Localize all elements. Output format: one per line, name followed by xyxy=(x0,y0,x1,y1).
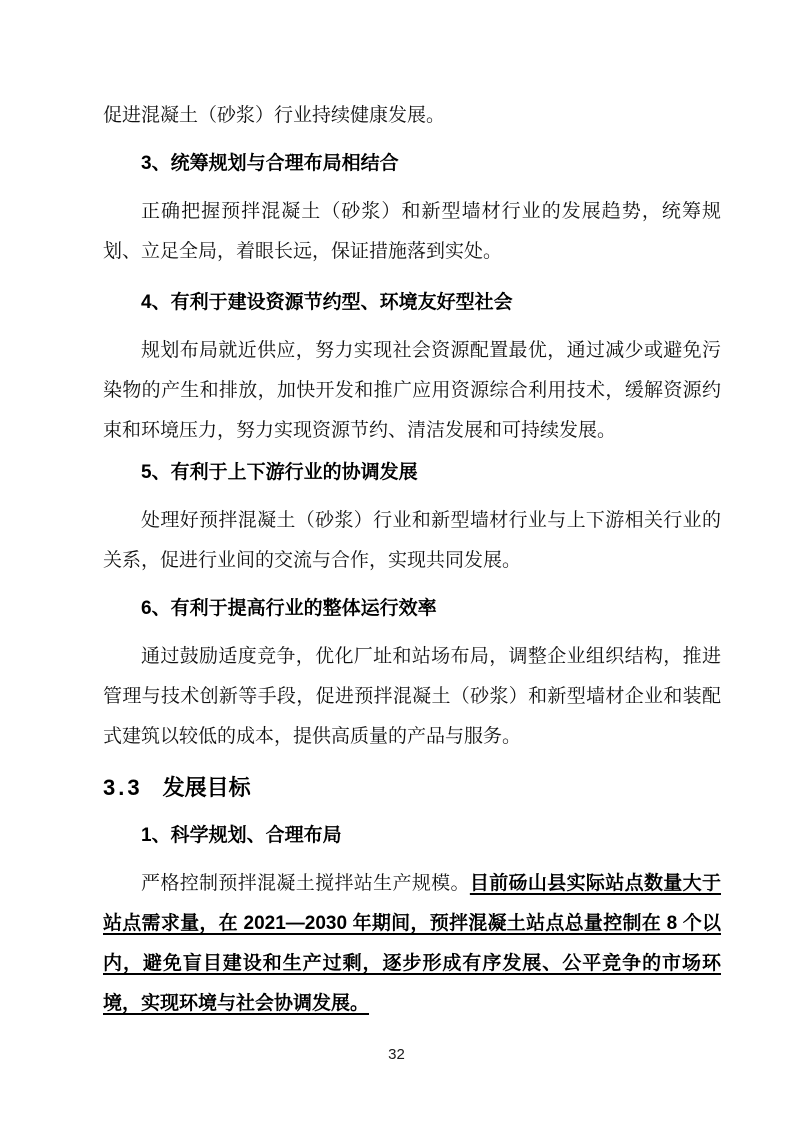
numbered-heading-1: 1、科学规划、合理布局 xyxy=(103,816,721,856)
numbered-heading-3: 3、统筹规划与合理布局相结合 xyxy=(103,144,721,184)
body-paragraph: 处理好预拌混凝土（砂浆）行业和新型墙材行业与上下游相关行业的关系，促进行业间的交… xyxy=(103,501,721,581)
page-number: 32 xyxy=(0,1046,793,1063)
emphasis-underlined-text: 目前砀山县实际站点数量大于站点需求量，在 2021—2030 年期间，预拌混凝土… xyxy=(103,873,721,1014)
paragraph-lead-text: 严格控制预拌混凝土搅拌站生产规模。 xyxy=(141,873,470,894)
section-number: 3.3 xyxy=(103,775,143,800)
section-heading-3-3: 3.3发展目标 xyxy=(103,765,721,811)
section-title: 发展目标 xyxy=(163,775,251,800)
numbered-heading-4: 4、有利于建设资源节约型、环境友好型社会 xyxy=(103,283,721,323)
document-page: 促进混凝土（砂浆）行业持续健康发展。 3、统筹规划与合理布局相结合 正确把握预拌… xyxy=(0,0,793,1122)
body-paragraph-with-emphasis: 严格控制预拌混凝土搅拌站生产规模。目前砀山县实际站点数量大于站点需求量，在 20… xyxy=(103,864,721,1024)
numbered-heading-6: 6、有利于提高行业的整体运行效率 xyxy=(103,589,721,629)
body-paragraph-continuation: 促进混凝土（砂浆）行业持续健康发展。 xyxy=(103,96,721,136)
body-paragraph: 正确把握预拌混凝土（砂浆）和新型墙材行业的发展趋势，统筹规划、立足全局，着眼长远… xyxy=(103,192,721,272)
body-paragraph: 规划布局就近供应，努力实现社会资源配置最优，通过减少或避免污染物的产生和排放，加… xyxy=(103,331,721,451)
numbered-heading-5: 5、有利于上下游行业的协调发展 xyxy=(103,453,721,493)
body-paragraph: 通过鼓励适度竞争，优化厂址和站场布局，调整企业组织结构，推进管理与技术创新等手段… xyxy=(103,637,721,757)
